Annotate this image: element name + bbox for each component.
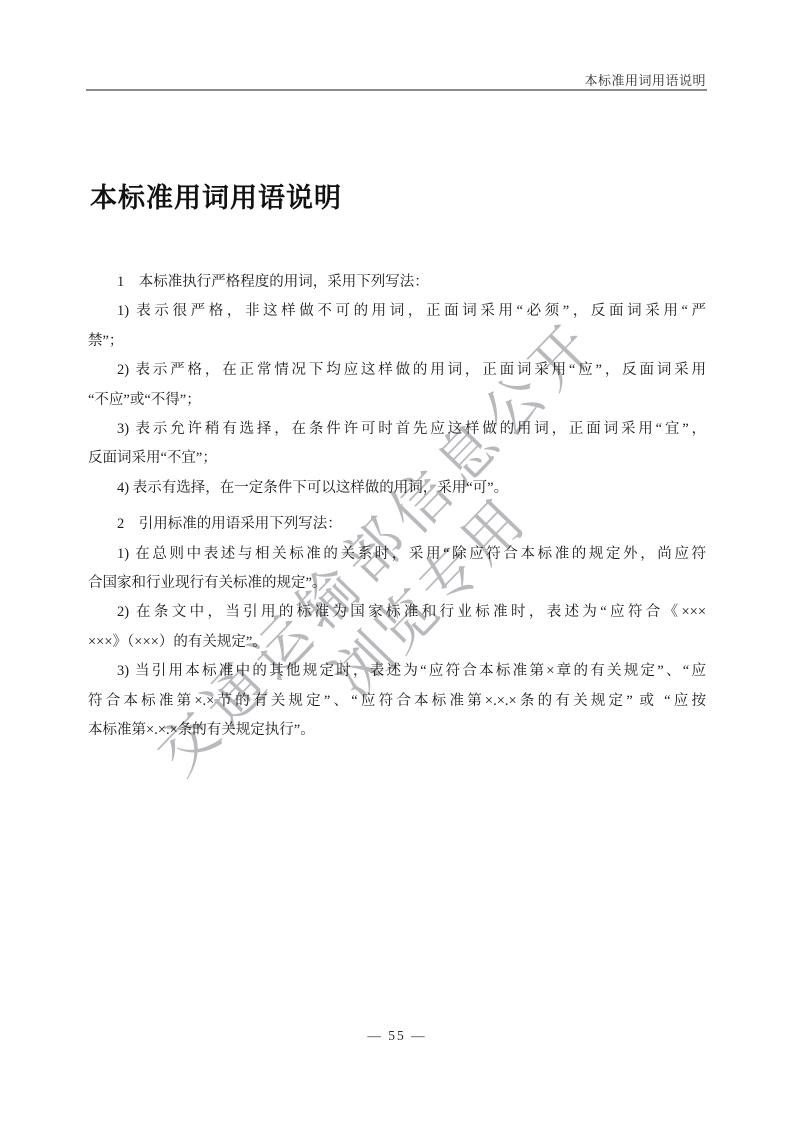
body-text-line: 合国家和行业现行有关标准的规定”。 (88, 569, 706, 598)
body-text: 1 本标准执行严格程度的用词，采用下列写法：1) 表示很严格，非这样做不可的用词… (88, 268, 706, 746)
body-text-line: 2 引用标准的用语采用下列写法： (88, 510, 706, 539)
paragraph: 1 本标准执行严格程度的用词，采用下列写法： (88, 268, 706, 297)
body-text-line: 本标准第×.×.×条的有关规定执行”。 (88, 716, 706, 745)
document-page: 本标准用词用语说明 本标准用词用语说明 交通运输部信息公开 浏览专用 1 本标准… (0, 0, 794, 1122)
body-text-line: “不应”或“不得”； (88, 386, 706, 415)
paragraph: 2) 表示严格，在正常情况下均应这样做的用词，正面词采用“应”，反面词采用“不应… (88, 356, 706, 415)
running-header-title: 本标准用词用语说明 (584, 70, 706, 89)
body-text-line: 1) 表示很严格，非这样做不可的用词，正面词采用“必须”，反面词采用“严 (88, 297, 706, 326)
paragraph: 2) 在条文中，当引用的标准为国家标准和行业标准时，表述为“应符合《××××××… (88, 598, 706, 657)
body-text-line: ×××》（×××）的有关规定”。 (88, 628, 706, 657)
body-text-line: 2) 表示严格，在正常情况下均应这样做的用词，正面词采用“应”，反面词采用 (88, 356, 706, 385)
paragraph: 3) 表示允许稍有选择，在条件许可时首先应这样做的用词，正面词采用“宜”，反面词… (88, 415, 706, 474)
paragraph: 4) 表示有选择，在一定条件下可以这样做的用词，采用“可”。 (88, 474, 706, 503)
page-footer: — 55 — (0, 1028, 794, 1044)
body-text-line: 1 本标准执行严格程度的用词，采用下列写法： (88, 268, 706, 297)
body-text-line: 3) 当引用本标准中的其他规定时，表述为“应符合本标准第×章的有关规定”、“应 (88, 657, 706, 686)
paragraph: 2 引用标准的用语采用下列写法： (88, 510, 706, 539)
body-text-line: 1) 在总则中表述与相关标准的关系时，采用“除应符合本标准的规定外，尚应符 (88, 540, 706, 569)
body-text-line: 反面词采用“不宜”； (88, 444, 706, 473)
body-text-line: 符合本标准第×.×节的有关规定”、“应符合本标准第×.×.×条的有关规定” 或 … (88, 687, 706, 716)
paragraph: 1) 在总则中表述与相关标准的关系时，采用“除应符合本标准的规定外，尚应符合国家… (88, 540, 706, 599)
body-text-line: 3) 表示允许稍有选择，在条件许可时首先应这样做的用词，正面词采用“宜”， (88, 415, 706, 444)
page-title: 本标准用词用语说明 (90, 176, 342, 215)
header-rule (86, 89, 707, 91)
paragraph: 1) 表示很严格，非这样做不可的用词，正面词采用“必须”，反面词采用“严禁”； (88, 297, 706, 356)
paragraph: 3) 当引用本标准中的其他规定时，表述为“应符合本标准第×章的有关规定”、“应符… (88, 657, 706, 745)
body-text-line: 2) 在条文中，当引用的标准为国家标准和行业标准时，表述为“应符合《××× (88, 598, 706, 627)
page-number: — 55 — (367, 1028, 426, 1043)
body-text-line: 4) 表示有选择，在一定条件下可以这样做的用词，采用“可”。 (88, 474, 706, 503)
body-text-line: 禁”； (88, 327, 706, 356)
